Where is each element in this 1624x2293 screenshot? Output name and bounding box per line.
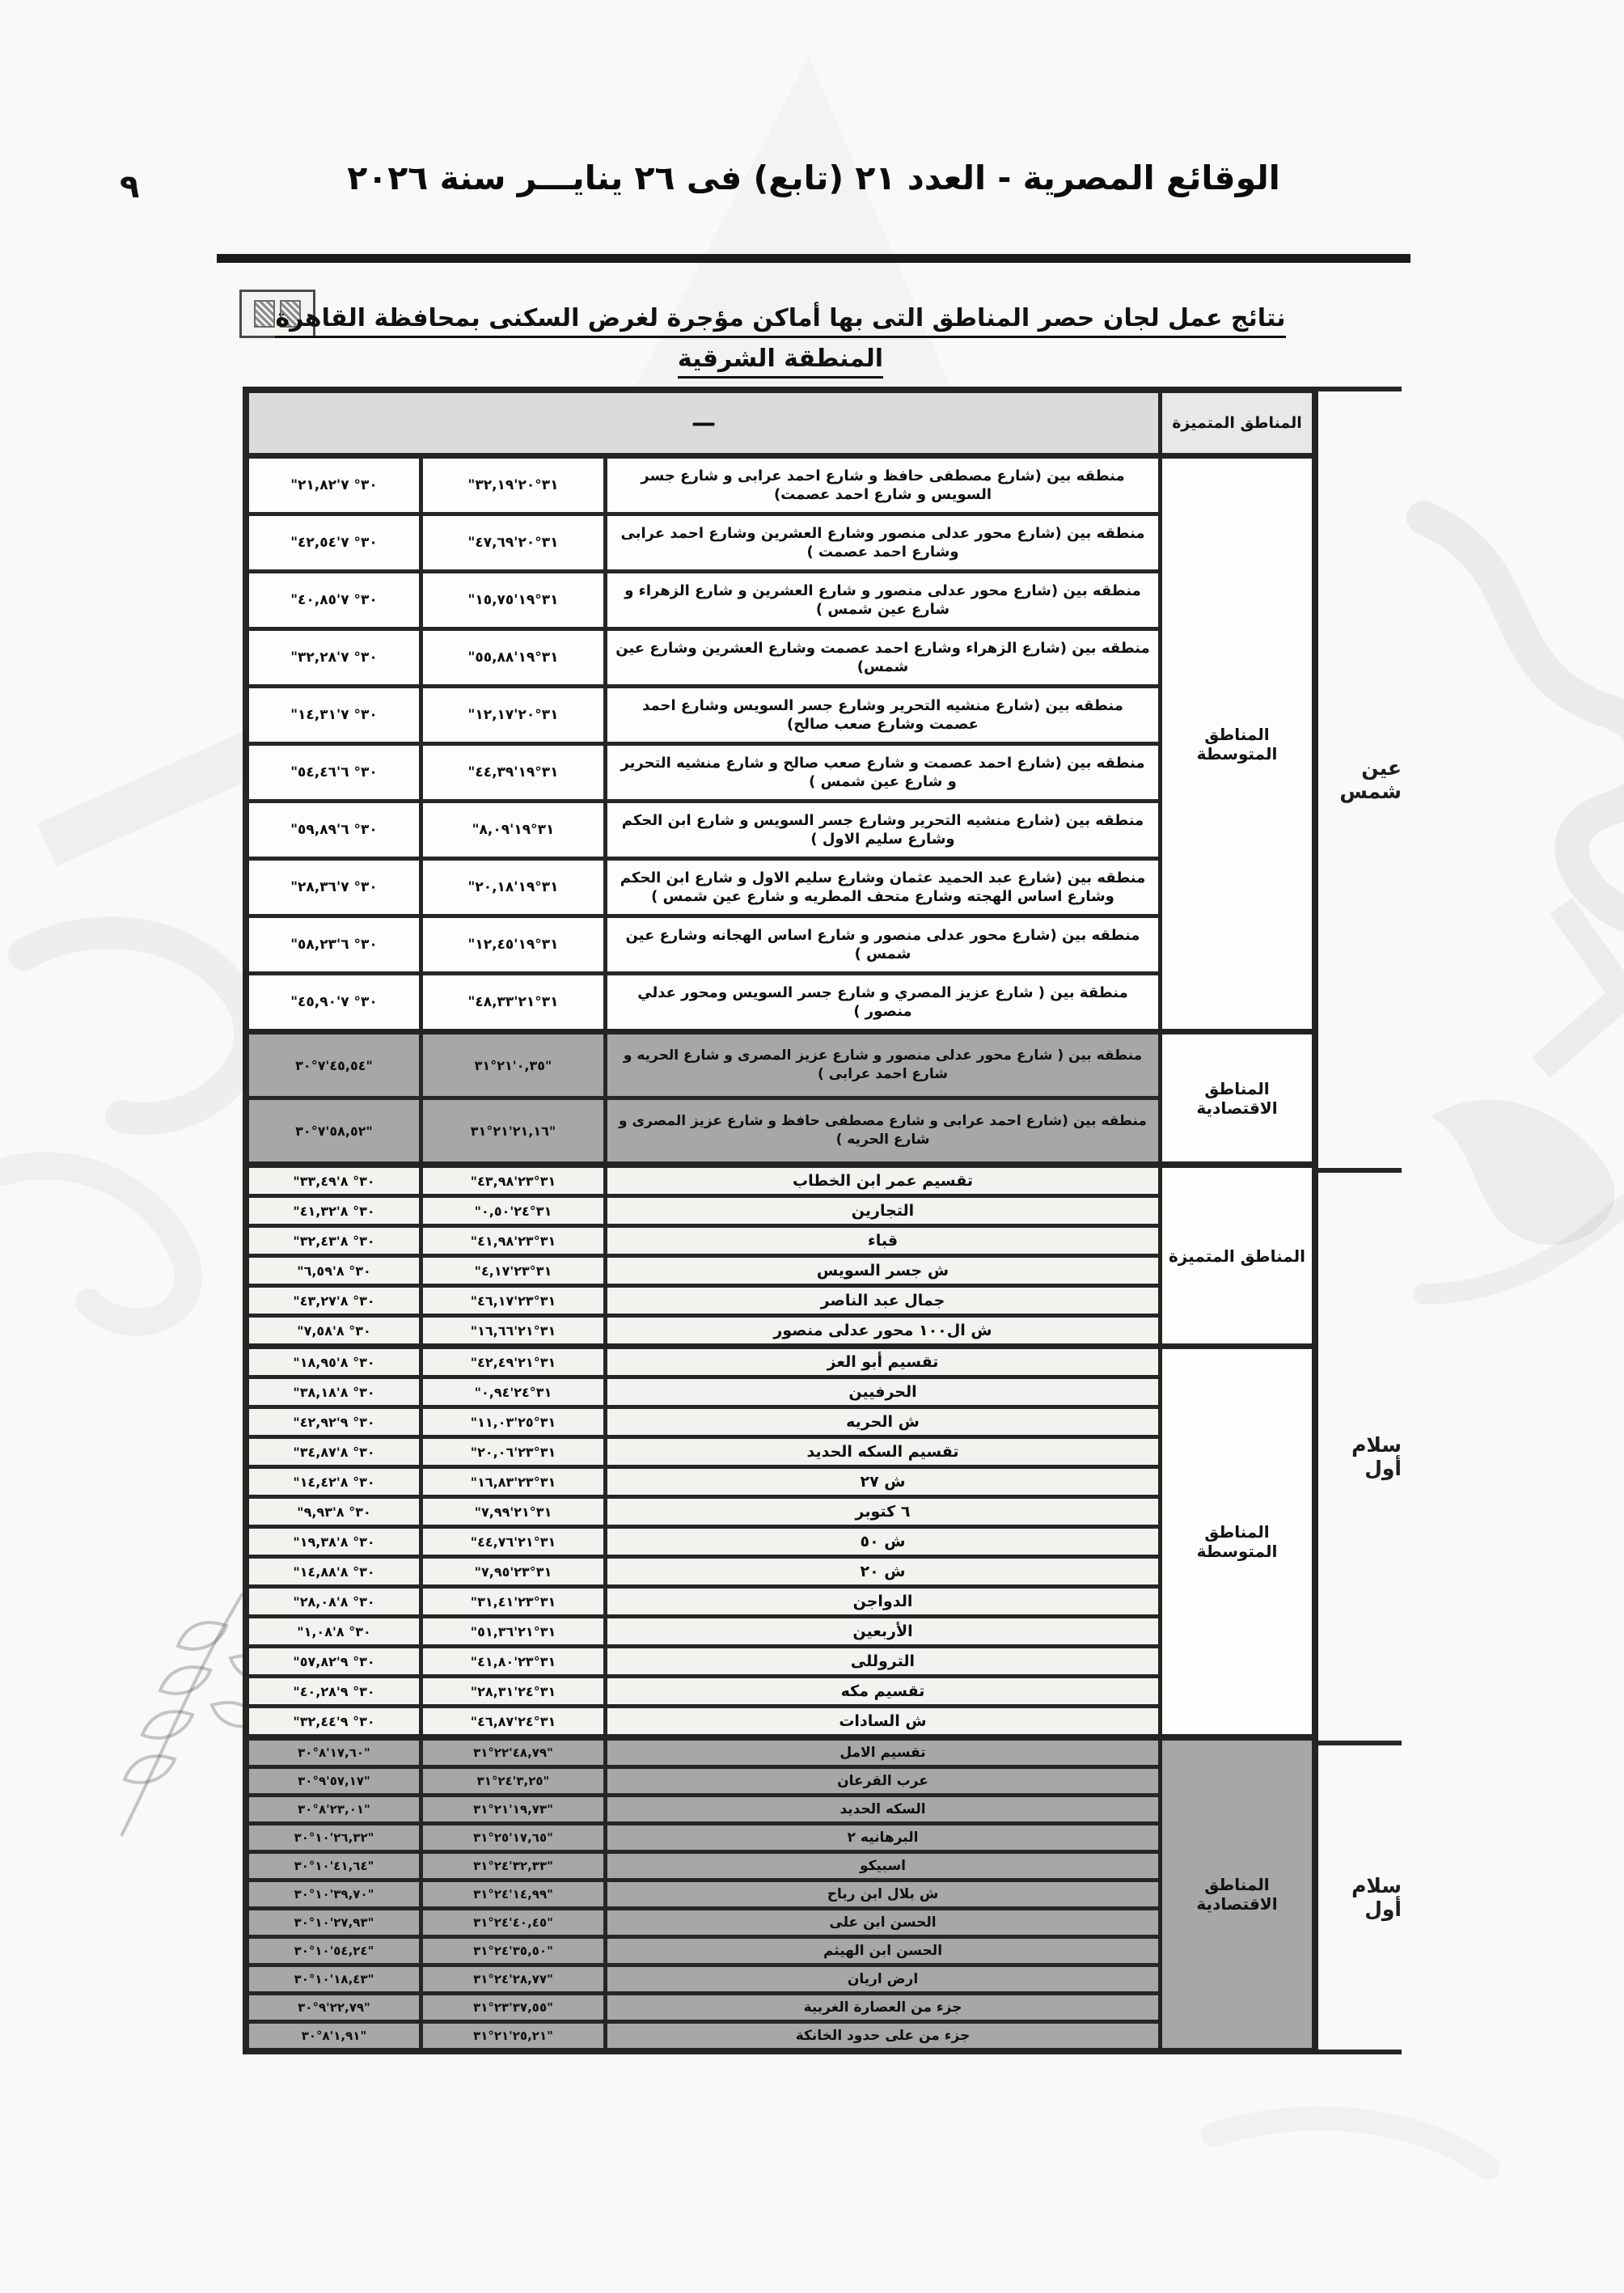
latitude-cell: "١٨,٩٥'٨ °٣٠ (249, 1349, 419, 1375)
longitude-cell: ٣١°٢٤'٤٠,٤٥" (419, 1910, 603, 1935)
areas-table: عين شمسالمناطق المتميزة—المناطق المتوسطة… (243, 387, 1402, 2054)
area-description-cell: منطقه بين (شارع عبد الحميد عثمان وشارع س… (603, 861, 1158, 914)
area-description-cell: اسبيكو (603, 1854, 1158, 1878)
latitude-cell: "٥٩,٨٩'٦ °٣٠ (249, 803, 419, 857)
longitude-cell: ٣١°٢٤'٢٨,٧٧" (419, 1967, 603, 1991)
area-description-cell: منطقه بين (شارع منشيه التحرير وشارع جسر … (603, 688, 1158, 742)
table-row: منطقه بين (شارع احمد عرابى و شارع مصطفى … (249, 1096, 1158, 1161)
longitude-cell: "٢٠,١٨'١٩°٣١ (419, 861, 603, 914)
table-row: منطقه بين (شارع منشيه التحرير وشارع جسر … (249, 799, 1158, 857)
latitude-cell: ٣٠°١٠'٥٤,٢٤" (249, 1939, 419, 1963)
document-title-block: نتائج عمل لجان حصر المناطق التى بها أماك… (243, 302, 1318, 373)
area-description-cell: ارض اريان (603, 1967, 1158, 1991)
area-description-cell: ش ٢٧ (603, 1469, 1158, 1495)
longitude-cell: "٤١,٨٠'٢٣°٣١ (419, 1648, 603, 1674)
section-rows: تقسيم عمر ابن الخطاب"٤٣,٩٨'٢٣°٣١"٣٣,٤٩'٨… (249, 1168, 1158, 1343)
table-row: ش ٢٧"١٦,٨٣'٢٣°٣١"١٤,٤٢'٨ °٣٠ (249, 1465, 1158, 1495)
category-cell: المناطق المتوسطة (1158, 459, 1312, 1029)
category-cell: المناطق المتميزة (1158, 1168, 1312, 1343)
latitude-cell: "٤٠,٨٥'٧ °٣٠ (249, 573, 419, 627)
latitude-cell: ٣٠°٧'٤٥,٥٤" (249, 1034, 419, 1096)
latitude-cell: "٤١,٣٢'٨ °٣٠ (249, 1198, 419, 1224)
latitude-cell: "٢٨,٣٦'٧ °٣٠ (249, 861, 419, 914)
table-row: ش جسر السويس"٤,١٧'٢٣°٣١"٦,٥٩'٨ °٣٠ (249, 1254, 1158, 1284)
table-row: منطقه بين (شارع محور عدلى منصور وشارع ال… (249, 512, 1158, 569)
table-row: منطقه بين (شارع منشيه التحرير وشارع جسر … (249, 684, 1158, 742)
latitude-cell: "٧,٥٨'٨ °٣٠ (249, 1318, 419, 1343)
longitude-cell: ٣١°٢٣'٣٧,٥٥" (419, 1995, 603, 2020)
area-description-cell: قباء (603, 1228, 1158, 1254)
latitude-cell: ٣٠°١٠'٢٧,٩٣" (249, 1910, 419, 1935)
area-description-cell: جزء من على حدود الخانكة (603, 2024, 1158, 2048)
document-subtitle: المنطقة الشرقية (243, 345, 1318, 373)
latitude-cell: ٣٠°٩'٥٧,١٧" (249, 1769, 419, 1793)
table-row: ش السادات"٤٦,٨٧'٢٤°٣١"٣٢,٤٤'٩ °٣٠ (249, 1704, 1158, 1734)
longitude-cell: "٤٤,٧٦'٢١°٣١ (419, 1529, 603, 1555)
table-row: السكه الحديد٣١°٢١'١٩,٧٣"٣٠°٨'٢٣,٠١" (249, 1793, 1158, 1821)
latitude-cell: ٣٠°٧'٥٨,٥٢" (249, 1100, 419, 1161)
area-description-cell: ش بلال ابن رباح (603, 1882, 1158, 1906)
latitude-cell: ٣٠°١٠'٢٦,٣٢" (249, 1826, 419, 1850)
longitude-cell: "٢٠,٠٦'٢٣°٣١ (419, 1439, 603, 1465)
latitude-cell: "٥٨,٢٣'٦ °٣٠ (249, 918, 419, 971)
longitude-cell: "٣٢,١٩'٢٠°٣١ (419, 459, 603, 512)
longitude-cell: ٣١°٢٤'٣٥,٥٠" (419, 1939, 603, 1963)
longitude-cell: "٧,٩٥'٢٣°٣١ (419, 1559, 603, 1584)
longitude-cell: ٣١°٢٢'٤٨,٧٩" (419, 1741, 603, 1765)
area-label: سلام أول (1318, 1741, 1402, 2054)
table-row: التجارين"٠,٥٠'٢٤°٣١"٤١,٣٢'٨ °٣٠ (249, 1194, 1158, 1224)
category-cell: المناطق الاقتصادية (1158, 1741, 1312, 2048)
longitude-cell: "٤١,٩٨'٢٣°٣١ (419, 1228, 603, 1254)
area-description-cell: عرب القرعان (603, 1769, 1158, 1793)
table-row: قباء"٤١,٩٨'٢٣°٣١"٣٢,٤٣'٨ °٣٠ (249, 1224, 1158, 1254)
area-description-cell: ش السادات (603, 1708, 1158, 1734)
section-rows: تقسيم أبو العز"٤٢,٤٩'٢١°٣١"١٨,٩٥'٨ °٣٠ال… (249, 1349, 1158, 1734)
longitude-cell: "٤٣,٩٨'٢٣°٣١ (419, 1168, 603, 1194)
document-title: نتائج عمل لجان حصر المناطق التى بها أماك… (243, 302, 1318, 335)
latitude-cell: "٦,٥٩'٨ °٣٠ (249, 1258, 419, 1284)
longitude-cell: ٣١°٢٤'٣,٢٥" (419, 1769, 603, 1793)
area-description-cell: منطقه بين (شارع محور عدلى منصور و شارع ا… (603, 918, 1158, 971)
table-row: الحسن ابن على٣١°٢٤'٤٠,٤٥"٣٠°١٠'٢٧,٩٣" (249, 1906, 1158, 1935)
table-row: تقسيم عمر ابن الخطاب"٤٣,٩٨'٢٣°٣١"٣٣,٤٩'٨… (249, 1168, 1158, 1194)
latitude-cell: "٥٤,٤٦'٦ °٣٠ (249, 746, 419, 799)
area-description-cell: منطقه بين (شارع احمد عرابى و شارع مصطفى … (603, 1100, 1158, 1161)
latitude-cell: "٤٢,٩٢'٩ °٣٠ (249, 1409, 419, 1435)
page-number: ٩ (120, 168, 139, 205)
longitude-cell: ٣١°٢٥'١٧,٦٥" (419, 1826, 603, 1850)
table-section: المناطق المتوسطةمنطقه بين (شارع مصطفى حا… (249, 453, 1312, 1029)
longitude-cell: "٤٦,٨٧'٢٤°٣١ (419, 1708, 603, 1734)
latitude-cell: "١٤,٨٨'٨ °٣٠ (249, 1559, 419, 1584)
longitude-cell: "١٦,٦٦'٢١°٣١ (419, 1318, 603, 1343)
table-row: تقسيم الامل٣١°٢٢'٤٨,٧٩"٣٠°٨'١٧,٦٠" (249, 1741, 1158, 1765)
table-section: المناطق الاقتصاديةمنطقه بين ( شارع محور … (249, 1029, 1312, 1161)
longitude-cell: "٠,٥٠'٢٤°٣١ (419, 1198, 603, 1224)
area-description-cell: الدواجن (603, 1589, 1158, 1614)
longitude-cell: ٣١°٢١'٢١,١٦" (419, 1100, 603, 1161)
latitude-cell: ٣٠°٩'٢٢,٧٩" (249, 1995, 419, 2020)
area-description-cell: تقسيم السكه الحديد (603, 1439, 1158, 1465)
area-description-cell: الحسن ابن الهيثم (603, 1939, 1158, 1963)
table-row: منطقه بين (شارع محور عدلى منصور و شارع ا… (249, 914, 1158, 971)
longitude-cell: ٣١°٢٤'١٤,٩٩" (419, 1882, 603, 1906)
table-row: — (249, 393, 1158, 453)
latitude-cell: ٣٠°١٠'١٨,٤٣" (249, 1967, 419, 1991)
longitude-cell: "١٢,٤٥'١٩°٣١ (419, 918, 603, 971)
longitude-cell: ٣١°٢٤'٣٢,٣٣" (419, 1854, 603, 1878)
table-row: تقسيم مكه"٢٨,٣١'٢٤°٣١"٤٠,٢٨'٩ °٣٠ (249, 1674, 1158, 1704)
table-row: الدواجن"٣١,٤١'٢٣°٣١"٢٨,٠٨'٨ °٣٠ (249, 1584, 1158, 1614)
latitude-cell: "١٩,٣٨'٨ °٣٠ (249, 1529, 419, 1555)
area-description-cell: تقسيم أبو العز (603, 1349, 1158, 1375)
table-row: اسبيكو٣١°٢٤'٣٢,٣٣"٣٠°١٠'٤١,٦٤" (249, 1850, 1158, 1878)
table-row: ش ال١٠٠ محور عدلى منصور"١٦,٦٦'٢١°٣١"٧,٥٨… (249, 1314, 1158, 1343)
table-section: المناطق المتميزةتقسيم عمر ابن الخطاب"٤٣,… (249, 1168, 1312, 1343)
area-description-cell: الحسن ابن على (603, 1910, 1158, 1935)
table-row: جزء من العصارة الغربية٣١°٢٣'٣٧,٥٥"٣٠°٩'٢… (249, 1991, 1158, 2020)
table-row: الحرفيين"٠,٩٤'٢٤°٣١"٣٨,١٨'٨ °٣٠ (249, 1375, 1158, 1405)
longitude-cell: "٥١,٣٦'٢١°٣١ (419, 1618, 603, 1644)
area-block: سلام أولالمناطق الاقتصاديةتقسيم الامل٣١°… (243, 1741, 1402, 2054)
area-block: عين شمسالمناطق المتميزة—المناطق المتوسطة… (243, 387, 1402, 1168)
longitude-cell: "٤٢,٤٩'٢١°٣١ (419, 1349, 603, 1375)
section-rows: تقسيم الامل٣١°٢٢'٤٨,٧٩"٣٠°٨'١٧,٦٠"عرب ال… (249, 1741, 1158, 2048)
latitude-cell: "٤٠,٢٨'٩ °٣٠ (249, 1678, 419, 1704)
table-row: منطقه بين (شارع محور عدلى منصور و شارع ا… (249, 569, 1158, 627)
table-section: المناطق المتوسطةتقسيم أبو العز"٤٢,٤٩'٢١°… (249, 1343, 1312, 1734)
latitude-cell: "٩,٩٣'٨ °٣٠ (249, 1499, 419, 1525)
table-row: تقسيم السكه الحديد"٢٠,٠٦'٢٣°٣١"٣٤,٨٧'٨ °… (249, 1435, 1158, 1465)
area-description-cell: منطقه بين (شارع مصطفى حافظ و شارع احمد ع… (603, 459, 1158, 512)
table-row: التروللى"٤١,٨٠'٢٣°٣١"٥٧,٨٢'٩ °٣٠ (249, 1644, 1158, 1674)
longitude-cell: "٧,٩٩'٢١°٣١ (419, 1499, 603, 1525)
table-row: عرب القرعان٣١°٢٤'٣,٢٥"٣٠°٩'٥٧,١٧" (249, 1765, 1158, 1793)
table-row: ش ٢٠"٧,٩٥'٢٣°٣١"١٤,٨٨'٨ °٣٠ (249, 1555, 1158, 1584)
area-description-cell: التجارين (603, 1198, 1158, 1224)
table-row: منطقه بين (شارع مصطفى حافظ و شارع احمد ع… (249, 459, 1158, 512)
gazette-header: الوقائع المصرية - العدد ٢١ (تابع) فى ٢٦ … (217, 159, 1410, 197)
area-description-cell: ش ال١٠٠ محور عدلى منصور (603, 1318, 1158, 1343)
longitude-cell: "٤٨,٣٣'٢١°٣١ (419, 975, 603, 1029)
area-description-cell: — (249, 393, 1158, 453)
table-row: الأربعين"٥١,٣٦'٢١°٣١"١,٠٨'٨ °٣٠ (249, 1614, 1158, 1644)
longitude-cell: "٢٨,٣١'٢٤°٣١ (419, 1678, 603, 1704)
table-row: ش الحريه"١١,٠٣'٢٥°٣١"٤٢,٩٢'٩ °٣٠ (249, 1405, 1158, 1435)
area-description-cell: منطقه بين (شارع احمد عصمت و شارع صعب صال… (603, 746, 1158, 799)
table-row: جمال عبد الناصر"٤٦,١٧'٢٣°٣١"٤٣,٢٧'٨ °٣٠ (249, 1284, 1158, 1314)
table-row: ٦ كتوبر"٧,٩٩'٢١°٣١"٩,٩٣'٨ °٣٠ (249, 1495, 1158, 1525)
latitude-cell: "١,٠٨'٨ °٣٠ (249, 1618, 419, 1644)
category-cell: المناطق المتميزة (1158, 393, 1312, 453)
table-row: منطقة بين ( شارع عزيز المصري و شارع جسر … (249, 971, 1158, 1029)
area-description-cell: منطقة بين ( شارع عزيز المصري و شارع جسر … (603, 975, 1158, 1029)
longitude-cell: "٣١,٤١'٢٣°٣١ (419, 1589, 603, 1614)
section-rows: — (249, 393, 1158, 453)
area-description-cell: الحرفيين (603, 1379, 1158, 1405)
area-label: سلام أول (1318, 1168, 1402, 1741)
table-row: الحسن ابن الهيثم٣١°٢٤'٣٥,٥٠"٣٠°١٠'٥٤,٢٤" (249, 1935, 1158, 1963)
table-row: منطقه بين (شارع عبد الحميد عثمان وشارع س… (249, 857, 1158, 914)
area-description-cell: الأربعين (603, 1618, 1158, 1644)
longitude-cell: "١١,٠٣'٢٥°٣١ (419, 1409, 603, 1435)
table-row: منطقه بين (شارع الزهراء وشارع احمد عصمت … (249, 627, 1158, 684)
latitude-cell: "٤٢,٥٤'٧ °٣٠ (249, 516, 419, 569)
area-description-cell: منطقه بين (شارع محور عدلى منصور و شارع ا… (603, 573, 1158, 627)
area-table-section-group: المناطق الاقتصاديةتقسيم الامل٣١°٢٢'٤٨,٧٩… (243, 1741, 1318, 2054)
table-row: البرهانيه ٢٣١°٢٥'١٧,٦٥"٣٠°١٠'٢٦,٣٢" (249, 1821, 1158, 1850)
area-description-cell: تقسيم مكه (603, 1678, 1158, 1704)
area-description-cell: تقسيم الامل (603, 1741, 1158, 1765)
area-description-cell: منطقه بين (شارع محور عدلى منصور وشارع ال… (603, 516, 1158, 569)
table-row: منطقه بين ( شارع محور عدلى منصور و شارع … (249, 1034, 1158, 1096)
longitude-cell: "٤٤,٣٩'١٩°٣١ (419, 746, 603, 799)
longitude-cell: "٨,٠٩'١٩°٣١ (419, 803, 603, 857)
longitude-cell: "١٥,٧٥'١٩°٣١ (419, 573, 603, 627)
area-description-cell: ٦ كتوبر (603, 1499, 1158, 1525)
area-description-cell: السكه الحديد (603, 1797, 1158, 1821)
area-label: عين شمس (1318, 387, 1402, 1168)
longitude-cell: "٤,١٧'٢٣°٣١ (419, 1258, 603, 1284)
latitude-cell: "٣٣,٤٩'٨ °٣٠ (249, 1168, 419, 1194)
latitude-cell: "٣٤,٨٧'٨ °٣٠ (249, 1439, 419, 1465)
latitude-cell: "٤٥,٩٠'٧ °٣٠ (249, 975, 419, 1029)
latitude-cell: "٣٢,٢٨'٧ °٣٠ (249, 631, 419, 684)
latitude-cell: ٣٠°٨'١,٩١" (249, 2024, 419, 2048)
gazette-page: الوقائع المصرية - العدد ٢١ (تابع) فى ٢٦ … (0, 0, 1624, 2293)
area-description-cell: منطقه بين (شارع الزهراء وشارع احمد عصمت … (603, 631, 1158, 684)
longitude-cell: "٤٦,١٧'٢٣°٣١ (419, 1288, 603, 1314)
longitude-cell: "٥٥,٨٨'١٩°٣١ (419, 631, 603, 684)
latitude-cell: ٣٠°٨'١٧,٦٠" (249, 1741, 419, 1765)
area-table-section-group: المناطق المتميزةتقسيم عمر ابن الخطاب"٤٣,… (243, 1168, 1318, 1741)
area-table-section-group: المناطق المتميزة—المناطق المتوسطةمنطقه ب… (243, 387, 1318, 1168)
latitude-cell: "٢١,٨٢'٧ °٣٠ (249, 459, 419, 512)
category-cell: المناطق المتوسطة (1158, 1349, 1312, 1734)
area-description-cell: منطقه بين ( شارع محور عدلى منصور و شارع … (603, 1034, 1158, 1096)
area-block: سلام أولالمناطق المتميزةتقسيم عمر ابن ال… (243, 1168, 1402, 1741)
table-row: ش بلال ابن رباح٣١°٢٤'١٤,٩٩"٣٠°١٠'٣٩,٧٠" (249, 1878, 1158, 1906)
latitude-cell: ٣٠°٨'٢٣,٠١" (249, 1797, 419, 1821)
longitude-cell: "١٢,١٧'٢٠°٣١ (419, 688, 603, 742)
category-cell: المناطق الاقتصادية (1158, 1034, 1312, 1161)
area-description-cell: جزء من العصارة الغربية (603, 1995, 1158, 2020)
header-rule (217, 254, 1410, 263)
area-description-cell: ش جسر السويس (603, 1258, 1158, 1284)
latitude-cell: "٣٨,١٨'٨ °٣٠ (249, 1379, 419, 1405)
area-description-cell: منطقه بين (شارع منشيه التحرير وشارع جسر … (603, 803, 1158, 857)
latitude-cell: "١٤,٣١'٧ °٣٠ (249, 688, 419, 742)
section-rows: منطقه بين ( شارع محور عدلى منصور و شارع … (249, 1034, 1158, 1161)
area-description-cell: ش الحريه (603, 1409, 1158, 1435)
latitude-cell: "٣٢,٤٣'٨ °٣٠ (249, 1228, 419, 1254)
area-description-cell: ش ٢٠ (603, 1559, 1158, 1584)
section-rows: منطقه بين (شارع مصطفى حافظ و شارع احمد ع… (249, 459, 1158, 1029)
table-row: جزء من على حدود الخانكة٣١°٢١'٢٥,٢١"٣٠°٨'… (249, 2020, 1158, 2048)
table-section: المناطق المتميزة— (249, 393, 1312, 453)
longitude-cell: ٣١°٢١'٢٥,٢١" (419, 2024, 603, 2048)
latitude-cell: ٣٠°١٠'٣٩,٧٠" (249, 1882, 419, 1906)
table-row: منطقه بين (شارع احمد عصمت و شارع صعب صال… (249, 742, 1158, 799)
latitude-cell: "٤٣,٢٧'٨ °٣٠ (249, 1288, 419, 1314)
latitude-cell: "٥٧,٨٢'٩ °٣٠ (249, 1648, 419, 1674)
latitude-cell: "٢٨,٠٨'٨ °٣٠ (249, 1589, 419, 1614)
area-description-cell: ش ٥٠ (603, 1529, 1158, 1555)
latitude-cell: "٣٢,٤٤'٩ °٣٠ (249, 1708, 419, 1734)
table-row: تقسيم أبو العز"٤٢,٤٩'٢١°٣١"١٨,٩٥'٨ °٣٠ (249, 1349, 1158, 1375)
area-description-cell: البرهانيه ٢ (603, 1826, 1158, 1850)
longitude-cell: "٤٧,٦٩'٢٠°٣١ (419, 516, 603, 569)
longitude-cell: ٣١°٢١'٠,٣٥" (419, 1034, 603, 1096)
table-section: المناطق الاقتصاديةتقسيم الامل٣١°٢٢'٤٨,٧٩… (249, 1741, 1312, 2048)
longitude-cell: "٠,٩٤'٢٤°٣١ (419, 1379, 603, 1405)
latitude-cell: ٣٠°١٠'٤١,٦٤" (249, 1854, 419, 1878)
area-description-cell: جمال عبد الناصر (603, 1288, 1158, 1314)
longitude-cell: ٣١°٢١'١٩,٧٣" (419, 1797, 603, 1821)
table-row: ارض اريان٣١°٢٤'٢٨,٧٧"٣٠°١٠'١٨,٤٣" (249, 1963, 1158, 1991)
area-description-cell: تقسيم عمر ابن الخطاب (603, 1168, 1158, 1194)
area-description-cell: التروللى (603, 1648, 1158, 1674)
table-row: ش ٥٠"٤٤,٧٦'٢١°٣١"١٩,٣٨'٨ °٣٠ (249, 1525, 1158, 1555)
longitude-cell: "١٦,٨٣'٢٣°٣١ (419, 1469, 603, 1495)
latitude-cell: "١٤,٤٢'٨ °٣٠ (249, 1469, 419, 1495)
